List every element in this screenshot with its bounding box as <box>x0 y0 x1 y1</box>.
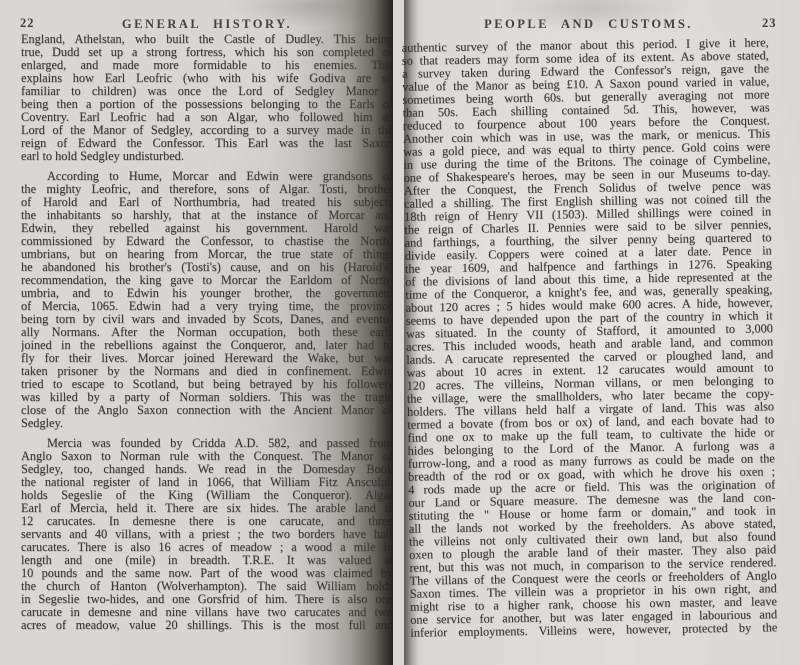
text-line: close of the Anglo Saxon connection with… <box>21 404 393 417</box>
text-line: joined in the rebellions against the Con… <box>21 339 393 352</box>
text-line: 12 carucates. In demesne there is one ca… <box>21 515 393 528</box>
text-line: Sedgley, too, changed hands. We read in … <box>21 463 393 476</box>
page-right-text: authentic survey of the manor about this… <box>402 36 778 639</box>
text-line: Earl of Mercia, held it. There are six h… <box>21 502 393 515</box>
text-line: the church of Hanton (Wolverhampton). Th… <box>21 580 393 593</box>
text-line: in Segeslie two-hides, and one Gorsfrid … <box>21 593 393 606</box>
text-line: commissioned by Edward the Confessor, to… <box>21 235 393 248</box>
text-line: 10 pounds and the same now. Part of the … <box>21 567 393 580</box>
text-line: length and one (mile) in breadth. T.R.E.… <box>21 554 393 567</box>
text-line: carucate in demesne and nine villans hav… <box>21 606 393 619</box>
text-line: true, Dudd set up a strong fortress, whi… <box>21 46 393 59</box>
text-line: the national register of land in 1066, t… <box>21 476 393 489</box>
text-line: ally Normans. After the Norman occupatio… <box>21 326 393 339</box>
text-line: the mighty Leofric, and therefore, sons … <box>21 183 393 196</box>
text-line: tried to escape to Scotland, but being b… <box>21 378 393 391</box>
paragraph: authentic survey of the manor about this… <box>402 36 778 639</box>
text-line: Lord of the Manor of Sedgley, according … <box>21 124 393 137</box>
book-scan: 22 GENERAL HISTORY. England, Athelstan, … <box>0 0 800 665</box>
running-header-right: PEOPLE AND CUSTOMS. <box>405 17 772 32</box>
text-line: Sedgley. <box>21 417 393 430</box>
page-left-text: England, Athelstan, who built the Castle… <box>21 33 393 632</box>
paragraph: According to Hume, Morcar and Edwin were… <box>21 170 393 430</box>
text-line: of Harold and Earl of Northumbria, had t… <box>21 196 393 209</box>
text-line: being then a portion of the possessions … <box>21 98 393 111</box>
page-number-right: 23 <box>762 16 777 31</box>
text-line: taken prisoner by the Normans and died i… <box>21 365 393 378</box>
text-line: explains how Earl Leofric (who with his … <box>21 72 393 85</box>
text-line: earl to hold Sedgley undisturbed. <box>21 150 393 163</box>
text-line: Mercia was founded by Cridda A.D. 582, a… <box>21 437 393 450</box>
text-line: fly for their lives. Morcar joined Herew… <box>21 352 393 365</box>
text-line: Coventry. Earl Leofric had a son Algar, … <box>21 111 393 124</box>
text-line: being torn by civil wars and invaded by … <box>21 313 393 326</box>
text-line: According to Hume, Morcar and Edwin were… <box>21 170 393 183</box>
text-line: servants and 40 villans, with a priest ;… <box>21 528 393 541</box>
book-spine-gutter <box>386 0 404 665</box>
text-line: the inhabitants so harshly, that at the … <box>21 209 393 222</box>
text-line: holds Segeslie of the King (William the … <box>21 489 393 502</box>
text-line: Edwin, they rebelled against his governm… <box>21 222 393 235</box>
text-line: familiar to children) was once the Lord … <box>21 85 393 98</box>
page-right: PEOPLE AND CUSTOMS. 23 authentic survey … <box>404 0 800 665</box>
text-line: carucates. There is also 16 acres of mea… <box>21 541 393 554</box>
running-header-left: GENERAL HISTORY. <box>21 17 393 32</box>
text-line: England, Athelstan, who built the Castle… <box>21 33 393 46</box>
text-line: umbrians, but on hearing from Morcar, th… <box>21 248 393 261</box>
paragraph: England, Athelstan, who built the Castle… <box>21 33 393 163</box>
text-line: recommendation, the king gave to Morcar … <box>21 274 393 287</box>
text-line: enlarged, and made more formidable to hi… <box>21 59 393 72</box>
text-line: reign of Edward the Confessor. This Earl… <box>21 137 393 150</box>
text-line: Anglo Saxon to Norman rule with the Conq… <box>21 450 393 463</box>
text-line: was killed by a party of Norman soldiers… <box>21 391 393 404</box>
text-line: umbria, and to Edwin his younger brother… <box>21 287 393 300</box>
paragraph: Mercia was founded by Cridda A.D. 582, a… <box>21 437 393 632</box>
text-line: of Mercia, 1065. Edwin had a very trying… <box>21 300 393 313</box>
text-line: he abandoned his brother's (Tosti's) cau… <box>21 261 393 274</box>
page-left: 22 GENERAL HISTORY. England, Athelstan, … <box>0 0 393 665</box>
text-line: acres of meadow, value 20 shillings. Thi… <box>21 619 393 632</box>
